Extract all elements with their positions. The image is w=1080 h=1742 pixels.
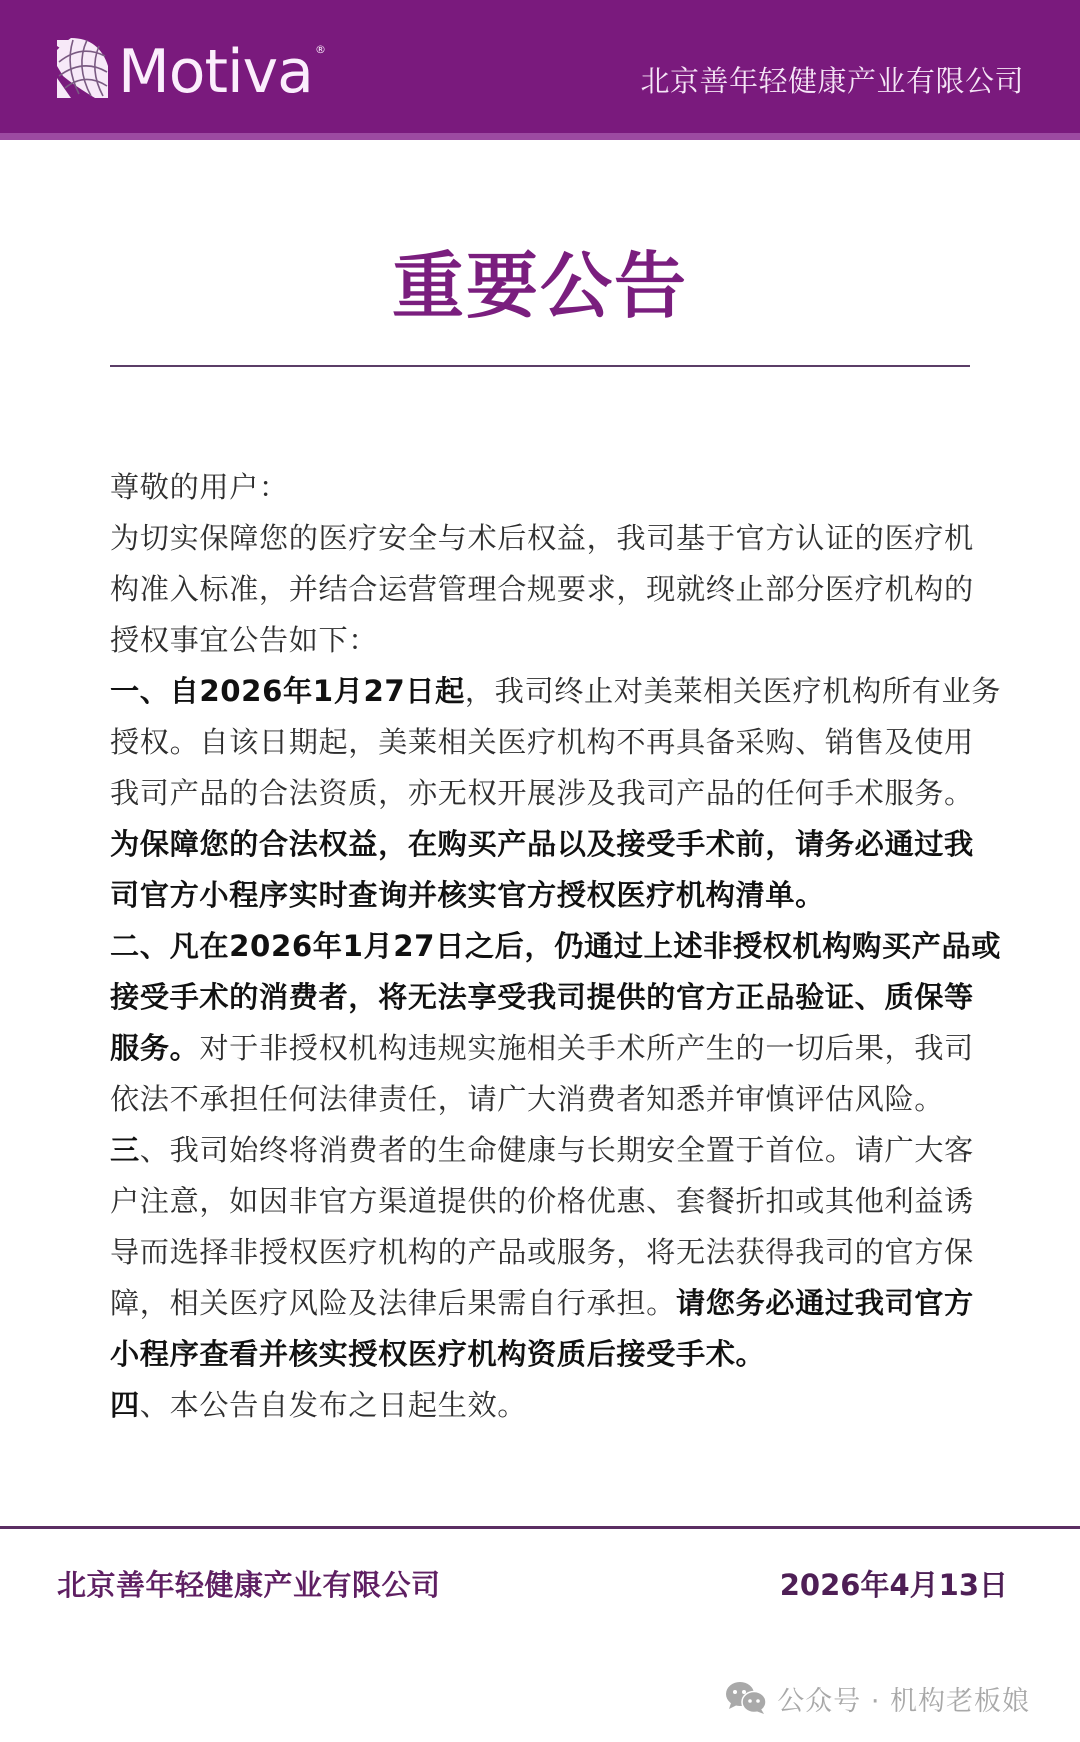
- bold-text: 四: [110, 1388, 140, 1422]
- brand-logo: Motiva ®: [55, 34, 326, 100]
- body-text-segment: 、我司始终将消费者的生命健康与长期安全置于首位。请广大客: [140, 1133, 974, 1167]
- body-text-segment: 构准入标准，并结合运营管理合规要求，现就终止部分医疗机构的: [110, 572, 974, 606]
- body-line: 四、本公告自发布之日起生效。: [110, 1380, 972, 1431]
- body-line: 户注意，如因非官方渠道提供的价格优惠、套餐折扣或其他利益诱: [110, 1176, 972, 1227]
- body-text-segment: 障，相关医疗风险及法律后果需自行承担。: [110, 1286, 676, 1320]
- wechat-icon: [725, 1681, 767, 1715]
- bold-text: 接受手术的消费者，将无法享受我司提供的官方正品验证、质保等: [110, 980, 974, 1014]
- body-text-segment: ，我司终止对美莱相关医疗机构所有业务: [465, 674, 1001, 708]
- body-line: 三、我司始终将消费者的生命健康与长期安全置于首位。请广大客: [110, 1125, 972, 1176]
- body-line: 服务。对于非授权机构违规实施相关手术所产生的一切后果，我司: [110, 1023, 972, 1074]
- body-text-segment: 、本公告自发布之日起生效。: [140, 1388, 527, 1422]
- announcement-date: 2026年4月13日: [780, 1567, 1008, 1603]
- header-stripe: [0, 133, 1080, 140]
- body-text-segment: 授权事宜公告如下：: [110, 623, 378, 657]
- body-text-segment: 对于非授权机构违规实施相关手术所产生的一切后果，我司: [199, 1031, 973, 1065]
- body-line: 为保障您的合法权益，在购买产品以及接受手术前，请务必通过我: [110, 819, 972, 870]
- body-line: 导而选择非授权医疗机构的产品或服务，将无法获得我司的官方保: [110, 1227, 972, 1278]
- footer-divider: [0, 1526, 1080, 1529]
- body-line: 接受手术的消费者，将无法享受我司提供的官方正品验证、质保等: [110, 972, 972, 1023]
- body-line: 为切实保障您的医疗安全与术后权益，我司基于官方认证的医疗机: [110, 513, 972, 564]
- bold-text: 请您务必通过我司官方: [676, 1286, 974, 1320]
- bold-text: 为保障您的合法权益，在购买产品以及接受手术前，请务必通过我: [110, 827, 974, 861]
- bold-text: 三: [110, 1133, 140, 1167]
- announcement-body: 尊敬的用户：为切实保障您的医疗安全与术后权益，我司基于官方认证的医疗机构准入标准…: [110, 462, 972, 1431]
- body-line: 司官方小程序实时查询并核实官方授权医疗机构清单。: [110, 870, 972, 921]
- watermark-text: 公众号 · 机构老板娘: [777, 1679, 1030, 1718]
- motiva-logo-icon: [55, 36, 110, 100]
- title-divider: [110, 365, 970, 367]
- bold-text: 二、凡在2026年1月27日之后，仍通过上述非授权机构购买产品或: [110, 929, 1001, 963]
- body-text-segment: 授权。自该日期起，美莱相关医疗机构不再具备采购、销售及使用: [110, 725, 974, 759]
- watermark: 公众号 · 机构老板娘: [725, 1680, 1030, 1716]
- body-line: 小程序查看并核实授权医疗机构资质后接受手术。: [110, 1329, 972, 1380]
- body-text-segment: 户注意，如因非官方渠道提供的价格优惠、套餐折扣或其他利益诱: [110, 1184, 974, 1218]
- header-company-name: 北京善年轻健康产业有限公司: [640, 64, 1024, 98]
- body-text-segment: 尊敬的用户：: [110, 470, 289, 504]
- body-line: 二、凡在2026年1月27日之后，仍通过上述非授权机构购买产品或: [110, 921, 972, 972]
- body-line: 授权事宜公告如下：: [110, 615, 972, 666]
- body-line: 尊敬的用户：: [110, 462, 972, 513]
- body-line: 授权。自该日期起，美莱相关医疗机构不再具备采购、销售及使用: [110, 717, 972, 768]
- body-text-segment: 为切实保障您的医疗安全与术后权益，我司基于官方认证的医疗机: [110, 521, 974, 555]
- bold-text: 小程序查看并核实授权医疗机构资质后接受手术。: [110, 1337, 765, 1371]
- bold-text: 服务。: [110, 1031, 199, 1065]
- body-line: 我司产品的合法资质，亦无权开展涉及我司产品的任何手术服务。: [110, 768, 972, 819]
- header-bar: Motiva ® 北京善年轻健康产业有限公司: [0, 0, 1080, 133]
- body-text-segment: 依法不承担任何法律责任，请广大消费者知悉并审慎评估风险。: [110, 1082, 944, 1116]
- registered-mark: ®: [315, 43, 326, 56]
- page-title: 重要公告: [0, 244, 1080, 328]
- body-text-segment: 导而选择非授权医疗机构的产品或服务，将无法获得我司的官方保: [110, 1235, 974, 1269]
- brand-name: Motiva: [118, 42, 313, 102]
- bold-text: 一、自2026年1月27日起: [110, 674, 465, 708]
- body-line: 障，相关医疗风险及法律后果需自行承担。请您务必通过我司官方: [110, 1278, 972, 1329]
- body-line: 依法不承担任何法律责任，请广大消费者知悉并审慎评估风险。: [110, 1074, 972, 1125]
- body-line: 一、自2026年1月27日起，我司终止对美莱相关医疗机构所有业务: [110, 666, 972, 717]
- body-text-segment: 我司产品的合法资质，亦无权开展涉及我司产品的任何手术服务。: [110, 776, 974, 810]
- bold-text: 司官方小程序实时查询并核实官方授权医疗机构清单。: [110, 878, 825, 912]
- body-line: 构准入标准，并结合运营管理合规要求，现就终止部分医疗机构的: [110, 564, 972, 615]
- footer-company-name: 北京善年轻健康产业有限公司: [57, 1567, 441, 1603]
